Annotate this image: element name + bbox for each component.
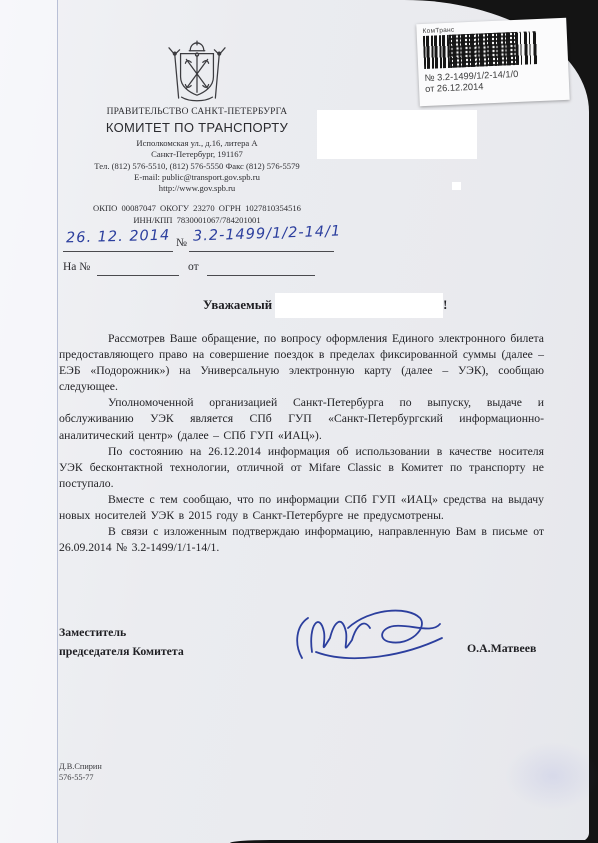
scan-artifact-dot: [452, 182, 461, 190]
committee-name: КОМИТЕТ ПО ТРАНСПОРТУ: [56, 120, 338, 135]
address-line-1: Исполкомская ул., д.16, литера А: [56, 138, 338, 149]
reply-date-label: от: [188, 261, 199, 273]
paragraph-1: Рассмотрев Ваше обращение, по вопросу оф…: [59, 331, 544, 395]
greeting-line: Уважаемый !: [203, 293, 447, 318]
address-line-2: Санкт-Петербург, 191167: [56, 149, 338, 160]
ink-bleed-smudge: [505, 742, 598, 810]
signer-position-line-1: Заместитель: [59, 623, 184, 642]
executor-block: Д.В.Спирин 576-55-77: [59, 762, 102, 783]
number-underline: [189, 251, 334, 252]
date-underline: [63, 251, 173, 252]
reply-number-label: На №: [63, 261, 90, 273]
letter-body: Рассмотрев Ваше обращение, по вопросу оф…: [59, 331, 544, 556]
salutation-text: Уважаемый: [203, 298, 272, 313]
executor-name: Д.В.Спирин: [59, 762, 102, 773]
spb-coat-of-arms-icon: [168, 40, 226, 104]
government-name: ПРАВИТЕЛЬСТВО САНКТ-ПЕТЕРБУРГА: [56, 107, 338, 117]
greeting-exclamation: !: [443, 298, 447, 313]
paragraph-3: По состоянию на 26.12.2014 информация об…: [59, 444, 544, 492]
barcode-icon: [423, 31, 542, 69]
scanned-letter-page: { "letterhead": { "government": "ПРАВИТЕ…: [0, 0, 598, 843]
reply-number-underline: [97, 275, 179, 276]
signer-name: О.А.Матвеев: [467, 641, 536, 656]
registration-sticker: КомТранс № 3.2-1499/1/2-14/1/0 от 26.12.…: [416, 18, 569, 106]
handwritten-signature: [288, 598, 460, 668]
executor-phone: 576-55-77: [59, 773, 102, 784]
number-sign-label: №: [176, 237, 187, 249]
phone-line: Тел. (812) 576-5510, (812) 576-5550 Факс…: [56, 161, 338, 172]
barcode-matrix: [449, 32, 516, 68]
handwritten-date: 26. 12. 2014: [66, 228, 171, 247]
codes-line-1: ОКПО 00087047 ОКОГУ 23270 ОГРН 102781035…: [56, 203, 338, 214]
reply-date-underline: [207, 275, 315, 276]
paragraph-2: Уполномоченной организацией Санкт-Петерб…: [59, 395, 544, 443]
website-line: http://www.gov.spb.ru: [56, 183, 338, 194]
barcode-bars-left: [423, 35, 450, 69]
scan-fold-line: [0, 0, 58, 843]
barcode-bars-right: [515, 31, 538, 65]
paragraph-5: В связи с изложенным подтверждаю информа…: [59, 524, 544, 556]
signer-position-line-2: председателя Комитета: [59, 642, 184, 661]
redaction-box-header: [317, 110, 477, 159]
letterhead: ПРАВИТЕЛЬСТВО САНКТ-ПЕТЕРБУРГА КОМИТЕТ П…: [56, 40, 338, 226]
email-line: E-mail: public@transport.gov.spb.ru: [56, 172, 338, 183]
redaction-box-recipient-name: [275, 293, 443, 318]
paragraph-4: Вместе с тем сообщаю, что по информации …: [59, 492, 544, 524]
signer-position: Заместитель председателя Комитета: [59, 623, 184, 660]
